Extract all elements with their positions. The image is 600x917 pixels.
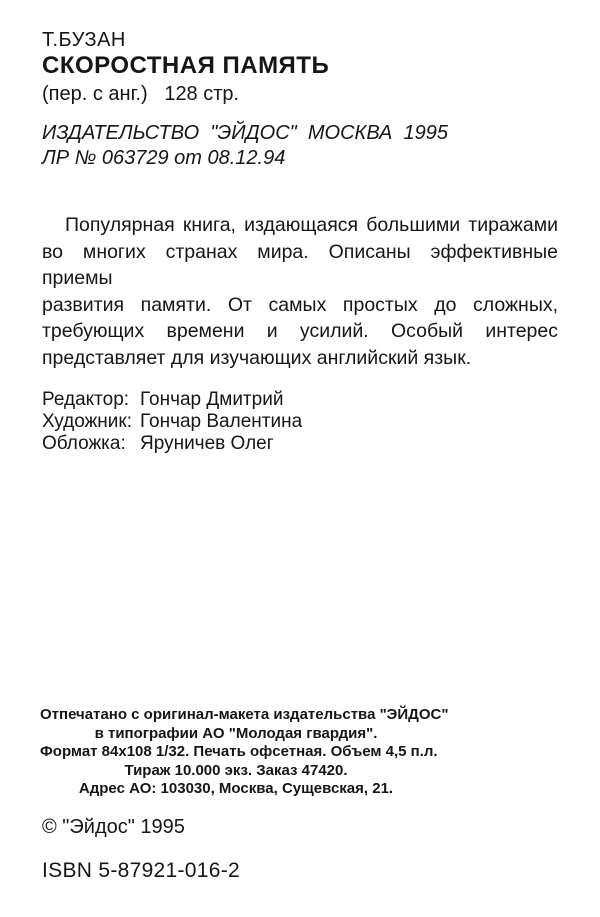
book-title: СКОРОСТНАЯ ПАМЯТЬ xyxy=(42,51,570,81)
author-line: Т.БУЗАН xyxy=(42,29,570,51)
colophon-line: в типографии АО "Молодая гвардия". xyxy=(40,725,432,744)
license-line: ЛР № 063729 от 08.12.94 xyxy=(42,146,580,171)
annotation-line: развития памяти. От самых простых до сло… xyxy=(42,292,558,319)
annotation-paragraph: Популярная книга, издающаяся большими ти… xyxy=(42,212,558,371)
publisher-block: ИЗДАТЕЛЬСТВО "ЭЙДОС" МОСКВА 1995 ЛР № 06… xyxy=(42,121,580,170)
credit-label: Обложка: xyxy=(42,433,140,455)
edition-line: (пер. с анг.) 128 стр. xyxy=(42,81,570,107)
credit-row-editor: Редактор: Гончар Дмитрий xyxy=(42,389,302,411)
credit-value: Гончар Валентина xyxy=(140,411,302,433)
credit-row-artist: Художник: Гончар Валентина xyxy=(42,411,302,433)
annotation-line: представляет для изучающих английский яз… xyxy=(42,345,558,372)
publisher-line: ИЗДАТЕЛЬСТВО "ЭЙДОС" МОСКВА 1995 xyxy=(42,121,580,146)
title-block: Т.БУЗАН СКОРОСТНАЯ ПАМЯТЬ (пер. с анг.) … xyxy=(42,29,570,107)
book-imprint-page: Т.БУЗАН СКОРОСТНАЯ ПАМЯТЬ (пер. с анг.) … xyxy=(0,0,600,917)
annotation-line: во многих странах мира. Описаны эффектив… xyxy=(42,239,558,292)
colophon-line: Тираж 10.000 экз. Заказ 47420. xyxy=(40,762,432,781)
colophon-line: Адрес АО: 103030, Москва, Сущевская, 21. xyxy=(40,780,432,799)
credit-label: Редактор: xyxy=(42,389,140,411)
credit-value: Гончар Дмитрий xyxy=(140,389,283,411)
colophon-line: Формат 84х108 1/32. Печать офсетная. Объ… xyxy=(40,743,432,762)
copyright-line: © "Эйдос" 1995 xyxy=(42,815,185,839)
credits-list: Редактор: Гончар Дмитрий Художник: Гонча… xyxy=(42,389,302,455)
colophon-line: Отпечатано с оригинал-макета издательств… xyxy=(40,706,432,725)
isbn-line: ISBN 5-87921-016-2 xyxy=(42,859,240,883)
annotation-line: Популярная книга, издающаяся большими ти… xyxy=(42,212,558,239)
annotation-line: требующих времени и усилий. Особый интер… xyxy=(42,318,558,345)
credit-value: Яруничев Олег xyxy=(140,433,274,455)
colophon-block: Отпечатано с оригинал-макета издательств… xyxy=(40,706,432,799)
credit-row-cover: Обложка: Яруничев Олег xyxy=(42,433,302,455)
credit-label: Художник: xyxy=(42,411,140,433)
